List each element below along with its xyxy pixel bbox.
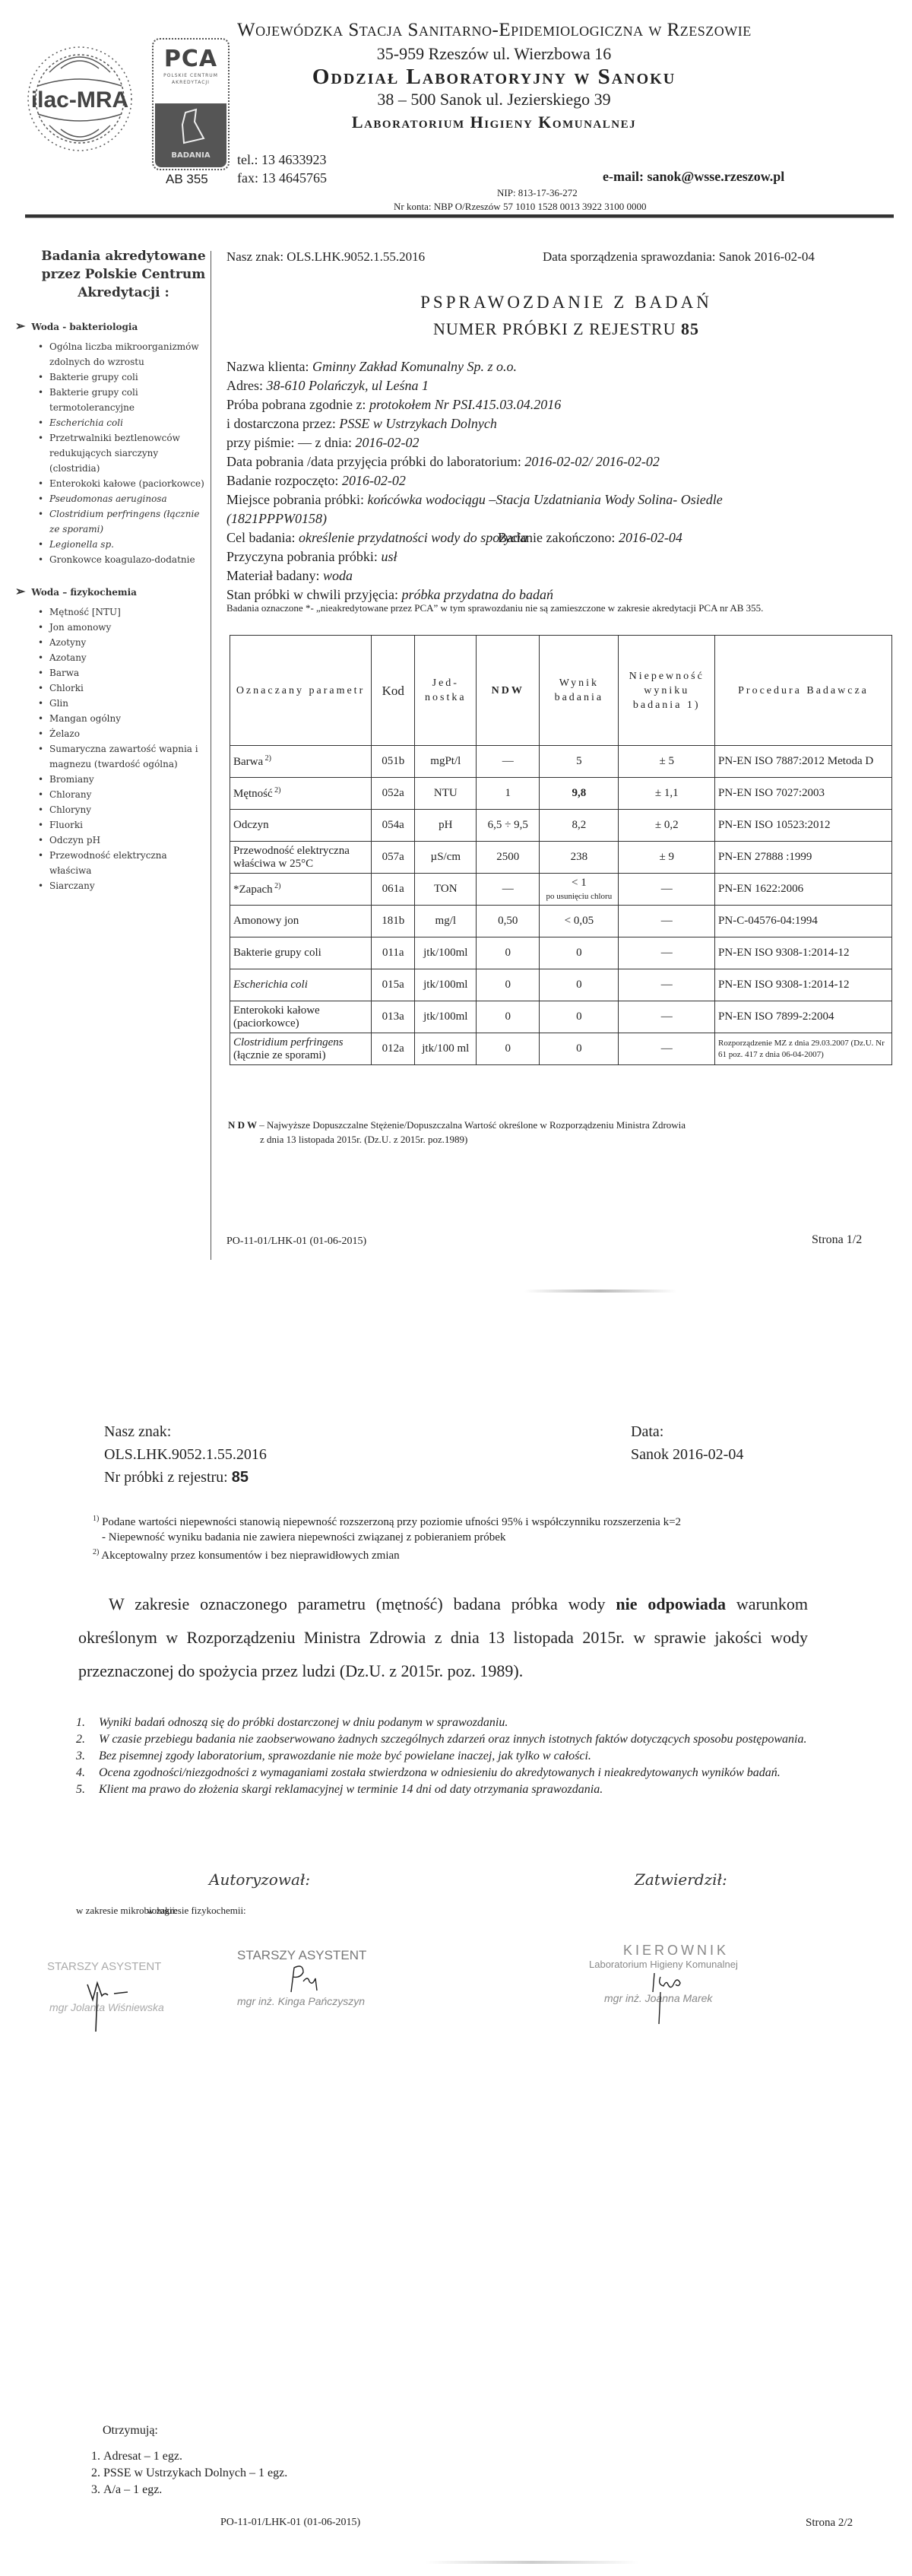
cell-result: < 0,05: [540, 906, 619, 937]
sidebar-list-item: Bakterie grupy coli: [38, 370, 209, 385]
sidebar-list-item: Jon amonowy: [38, 620, 209, 635]
detail-value: (1821PPPW0158): [226, 511, 327, 526]
sidebar-section-physchem: ➢Woda – fizykochemia: [15, 584, 209, 598]
org-address: 35-959 Rzeszów ul. Wierzbowa 16: [228, 44, 760, 64]
detail-label: Stan próbki w chwili przyjęcia:: [226, 587, 401, 602]
cell-unit: jtk/100ml: [415, 937, 477, 969]
sidebar-list-item: Bromiany: [38, 772, 209, 787]
cell-result: 8,2: [540, 810, 619, 842]
cell-parameter: Barwa 2): [230, 746, 372, 778]
arrow-icon: ➢: [15, 584, 25, 598]
page-separator: [524, 1290, 676, 1293]
cell-unit: jtk/100ml: [415, 969, 477, 1001]
detail-label: Miejsce pobrania próbki:: [226, 492, 367, 507]
report-title: PSPRAWOZDANIE Z BADAŃ: [220, 293, 912, 312]
cell-ndw: —: [477, 746, 540, 778]
conclusion: W zakresie oznaczonego parametru (mętnoś…: [78, 1588, 808, 1688]
cell-parameter: Mętność 2): [230, 778, 372, 810]
detail-row: Data pobrania /data przyjęcia próbki do …: [226, 452, 723, 471]
detail-value: Gminny Zakład Komunalny Sp. z o.o.: [312, 359, 517, 374]
sidebar-list-item: Chlorany: [38, 787, 209, 802]
branch-name: Oddział Laboratoryjny w Sanoku: [228, 65, 760, 90]
sidebar-list-item: Barwa: [38, 665, 209, 680]
table-row: Escherichia coli015ajtk/100ml00—PN-EN IS…: [230, 969, 892, 1001]
detail-row: Przyczyna pobrania próbki: usł: [226, 547, 723, 566]
cell-procedure: PN-EN 1622:2006: [715, 874, 892, 906]
cell-unit: TON: [415, 874, 477, 906]
finished-date: Badanie zakończono: 2016-02-04: [498, 528, 682, 547]
detail-label: Badanie rozpoczęto:: [226, 473, 342, 488]
detail-row: (1821PPPW0158): [226, 509, 723, 528]
cell-procedure: PN-EN ISO 7027:2003: [715, 778, 892, 810]
cell-procedure: PN-EN 27888 :1999: [715, 842, 892, 874]
nip: NIP: 813-17-36-272: [497, 187, 578, 199]
results-table: Oznaczany parametrKodJed-nostkaNDWWynik …: [230, 635, 892, 1065]
detail-value: określenie przydatności wody do spożycia: [299, 530, 527, 545]
cell-uncertainty: ± 0,2: [619, 810, 715, 842]
cell-uncertainty: ± 1,1: [619, 778, 715, 810]
report-subtitle: NUMER PRÓBKI Z REJESTRU 85: [220, 319, 912, 339]
cell-unit: mg/l: [415, 906, 477, 937]
page2-date: Data: Sanok 2016-02-04: [631, 1420, 743, 1466]
cell-uncertainty: —: [619, 969, 715, 1001]
sidebar-list-physchem: Mętność [NTU]Jon amonowyAzotynyAzotanyBa…: [15, 604, 209, 893]
cell-uncertainty: —: [619, 906, 715, 937]
detail-value: 38-610 Polańczyk, ul Leśna 1: [267, 378, 429, 393]
cell-parameter: Clostridium perfringens(łącznie ze spora…: [230, 1033, 372, 1065]
cell-ndw: 1: [477, 778, 540, 810]
sidebar-section-bacteriology: ➢Woda - bakteriologia: [15, 319, 209, 333]
cell-result: 5: [540, 746, 619, 778]
detail-label: Przyczyna pobrania próbki:: [226, 549, 381, 564]
table-row: Barwa 2)051bmgPt/l—5± 5PN-EN ISO 7887:20…: [230, 746, 892, 778]
cell-uncertainty: —: [619, 1001, 715, 1033]
detail-value: 2016-02-02/ 2016-02-02: [524, 454, 659, 469]
pca-logo-sub2: AKREDYTACJI: [154, 79, 228, 86]
cell-ndw: —: [477, 874, 540, 906]
cell-result: < 1po usunięciu chloru: [540, 874, 619, 906]
branch-address: 38 – 500 Sanok ul. Jezierskiego 39: [228, 90, 760, 109]
cell-uncertainty: ± 5: [619, 746, 715, 778]
detail-value: usł: [381, 549, 397, 564]
sidebar-list-item: Fluorki: [38, 817, 209, 833]
detail-label: Adres:: [226, 378, 267, 393]
table-row: Clostridium perfringens(łącznie ze spora…: [230, 1033, 892, 1065]
recipient-item: A/a – 1 egz.: [103, 2482, 287, 2498]
sidebar-list-item: Mangan ogólny: [38, 711, 209, 726]
arrow-icon: ➢: [15, 319, 25, 333]
table-row: Odczyn054apH6,5 ÷ 9,58,2± 0,2PN-EN ISO 1…: [230, 810, 892, 842]
detail-value: 2016-02-02: [342, 473, 406, 488]
cell-code: 015a: [372, 969, 415, 1001]
sidebar-list-item: Mętność [NTU]: [38, 604, 209, 620]
cell-unit: NTU: [415, 778, 477, 810]
detail-row: Materiał badany: woda: [226, 566, 723, 585]
sidebar-list-item: Przetrwalniki beztlenowców redukujących …: [38, 430, 209, 476]
note-item: 4.Ocena zgodności/niezgodności z wymagan…: [76, 1765, 866, 1781]
cell-procedure: PN-EN ISO 7899-2:2004: [715, 1001, 892, 1033]
detail-label: przy piśmie: — z dnia:: [226, 435, 355, 450]
table-row: Amonowy jon181bmg/l0,50< 0,05—PN-C-04576…: [230, 906, 892, 937]
cell-uncertainty: —: [619, 874, 715, 906]
cell-unit: jtk/100ml: [415, 1001, 477, 1033]
note-item: 2.W czasie przebiegu badania nie zaobser…: [76, 1731, 866, 1748]
detail-label: Cel badania:: [226, 530, 299, 545]
detail-label: Materiał badany:: [226, 568, 323, 583]
cell-parameter: Amonowy jon: [230, 906, 372, 937]
report-date: Data sporządzenia sprawozdania: Sanok 20…: [543, 247, 815, 266]
cell-ndw: 0: [477, 1033, 540, 1065]
detail-value: woda: [323, 568, 353, 583]
header-divider: [25, 214, 894, 218]
sidebar-title: Badania akredytowane przez Polskie Centr…: [38, 247, 209, 302]
detail-row: przy piśmie: — z dnia: 2016-02-02: [226, 433, 723, 452]
table-row: Przewodność elektryczna właściwa w 25°C0…: [230, 842, 892, 874]
table-row: Bakterie grupy coli011ajtk/100ml00—PN-EN…: [230, 937, 892, 969]
org-name: Wojewódzka Stacja Sanitarno-Epidemiologi…: [237, 20, 752, 41]
sidebar-list-item: Żelazo: [38, 726, 209, 741]
cell-unit: pH: [415, 810, 477, 842]
cell-code: 052a: [372, 778, 415, 810]
cell-uncertainty: ± 9: [619, 842, 715, 874]
sidebar-list-item: Ogólna liczba mikroorganizmów zdolnych d…: [38, 339, 209, 370]
cell-parameter: Odczyn: [230, 810, 372, 842]
cell-ndw: 0: [477, 969, 540, 1001]
fax: fax: 13 4645765: [237, 170, 327, 186]
physchem-label: w zakresie fizykochemii:: [147, 1905, 246, 1917]
sidebar-list-item: Siarczany: [38, 878, 209, 893]
note-item: 3.Bez pisemnej zgody laboratorium, spraw…: [76, 1748, 866, 1765]
cell-unit: µS/cm: [415, 842, 477, 874]
cell-procedure: PN-EN ISO 9308-1:2014-12: [715, 969, 892, 1001]
cell-result: 0: [540, 1001, 619, 1033]
cell-result: 238: [540, 842, 619, 874]
sidebar-list-bacteriology: Ogólna liczba mikroorganizmów zdolnych d…: [15, 339, 209, 567]
email-link[interactable]: e-mail: sanok@wsse.rzeszow.pl: [603, 169, 784, 185]
sidebar-list-item: Pseudomonas aeruginosa: [38, 491, 209, 506]
sidebar-list-item: Legionella sp.: [38, 537, 209, 552]
detail-value: PSSE w Ustrzykach Dolnych: [339, 416, 496, 431]
phone: tel.: 13 4633923: [237, 152, 327, 168]
cell-parameter: Bakterie grupy coli: [230, 937, 372, 969]
cell-procedure: PN-C-04576-04:1994: [715, 906, 892, 937]
page1-page-number: Strona 1/2: [812, 1233, 862, 1247]
recipient-item: PSSE w Ustrzykach Dolnych – 1 egz.: [103, 2465, 287, 2482]
table-row: Mętność 2)052aNTU19,8± 1,1PN-EN ISO 7027…: [230, 778, 892, 810]
cell-procedure: PN-EN ISO 9308-1:2014-12: [715, 937, 892, 969]
sidebar-list-item: Odczyn pH: [38, 833, 209, 848]
cell-code: 051b: [372, 746, 415, 778]
cell-ndw: 0,50: [477, 906, 540, 937]
detail-value: próbka przydatna do badań: [401, 587, 553, 602]
cell-result: 0: [540, 969, 619, 1001]
sidebar-divider: [211, 251, 211, 1260]
sidebar-list-item: Sumaryczna zawartość wapnia i magnezu (t…: [38, 741, 209, 772]
sidebar-list-item: Enterokoki kałowe (paciorkowce): [38, 476, 209, 491]
column-header: Oznaczany parametr: [230, 636, 372, 746]
table-row: *Zapach 2)061aTON—< 1po usunięciu chloru…: [230, 874, 892, 906]
page2-footer-code: PO-11-01/LHK-01 (01-06-2015): [220, 2517, 360, 2529]
accreditation-number: AB 355: [166, 172, 208, 187]
cell-code: 054a: [372, 810, 415, 842]
cell-procedure: PN-EN ISO 7887:2012 Metoda D: [715, 746, 892, 778]
stamp-micro-title: STARSZY ASYSTENT: [47, 1960, 161, 1973]
detail-label: i dostarczona przez:: [226, 416, 339, 431]
column-header: NDW: [477, 636, 540, 746]
sidebar-list-item: Clostridium perfringens (łącznie ze spor…: [38, 506, 209, 537]
signature-head: [650, 1969, 695, 2030]
ndw-legend: N D W – Najwyższe Dopuszczalne Stężenie/…: [228, 1118, 686, 1147]
footnotes: 1) Podane wartości niepewności stanowią …: [93, 1512, 681, 1563]
pca-logo-title: PCA: [154, 46, 228, 72]
svg-text:ilac-MRA: ilac-MRA: [31, 87, 128, 113]
approved-label: Zatwierdził:: [635, 1870, 727, 1889]
detail-value: końcówka wodociągu –Stacja Uzdatniania W…: [367, 492, 722, 507]
cell-code: 057a: [372, 842, 415, 874]
signature-micro: [84, 1977, 144, 2038]
pca-badge: BADANIA: [155, 151, 226, 160]
cell-result: 0: [540, 937, 619, 969]
cell-code: 011a: [372, 937, 415, 969]
detail-label: Data pobrania /data przyjęcia próbki do …: [226, 454, 524, 469]
page2-reference: Nasz znak: OLS.LHK.9052.1.55.2016 Nr pró…: [104, 1420, 267, 1489]
pca-logo: PCA POLSKIE CENTRUM AKREDYTACJI BADANIA: [152, 38, 230, 170]
cell-unit: jtk/100 ml: [415, 1033, 477, 1065]
sidebar-list-item: Chloryny: [38, 802, 209, 817]
detail-row: Miejsce pobrania próbki: końcówka wodoci…: [226, 490, 723, 509]
page1-footer-code: PO-11-01/LHK-01 (01-06-2015): [226, 1236, 366, 1248]
page2-page-number: Strona 2/2: [806, 2517, 853, 2530]
cell-parameter: *Zapach 2): [230, 874, 372, 906]
cell-result: 0: [540, 1033, 619, 1065]
sample-details: Nazwa klienta: Gminny Zakład Komunalny S…: [226, 357, 723, 604]
cell-ndw: 2500: [477, 842, 540, 874]
pca-logo-sub1: POLSKIE CENTRUM: [154, 72, 228, 79]
our-reference: Nasz znak: OLS.LHK.9052.1.55.2016: [226, 247, 425, 266]
column-header: Kod: [372, 636, 415, 746]
detail-row: Próba pobrana zgodnie z: protokołem Nr P…: [226, 395, 723, 414]
detail-label: Nazwa klienta:: [226, 359, 312, 374]
detail-row: Nazwa klienta: Gminny Zakład Komunalny S…: [226, 357, 723, 376]
stamp-head-subtitle: Laboratorium Higieny Komunalnej: [589, 1959, 738, 1970]
sample-number: 85: [681, 319, 699, 338]
sidebar-list-item: Chlorki: [38, 680, 209, 696]
flask-icon: BADANIA: [155, 103, 226, 167]
cell-ndw: 0: [477, 1001, 540, 1033]
column-header: Procedura Badawcza: [715, 636, 892, 746]
stamp-head-title: KIEROWNIK: [623, 1943, 729, 1959]
column-header: Jed-nostka: [415, 636, 477, 746]
cell-result: 9,8: [540, 778, 619, 810]
table-row: Enterokoki kałowe (paciorkowce)013ajtk/1…: [230, 1001, 892, 1033]
detail-row: i dostarczona przez: PSSE w Ustrzykach D…: [226, 414, 723, 433]
sidebar-list-item: Glin: [38, 696, 209, 711]
cell-uncertainty: —: [619, 1033, 715, 1065]
detail-row: Adres: 38-610 Polańczyk, ul Leśna 1: [226, 376, 723, 395]
recipients-label: Otrzymują:: [103, 2424, 158, 2438]
stamp-physchem-title: STARSZY ASYSTENT: [237, 1948, 366, 1963]
recipient-item: Adresat – 1 egz.: [103, 2448, 287, 2465]
cell-code: 012a: [372, 1033, 415, 1065]
sidebar-list-item: Azotyny: [38, 635, 209, 650]
cell-parameter: Escherichia coli: [230, 969, 372, 1001]
cell-code: 181b: [372, 906, 415, 937]
cell-ndw: 6,5 ÷ 9,5: [477, 810, 540, 842]
report-notes: 1.Wyniki badań odnoszą się do próbki dos…: [76, 1715, 866, 1798]
sidebar-list-item: Azotany: [38, 650, 209, 665]
detail-label: Próba pobrana zgodnie z:: [226, 397, 369, 412]
cell-parameter: Enterokoki kałowe (paciorkowce): [230, 1001, 372, 1033]
sidebar-list-item: Bakterie grupy coli termotolerancyjne: [38, 385, 209, 415]
cell-ndw: 0: [477, 937, 540, 969]
accreditation-sidebar: Badania akredytowane przez Polskie Centr…: [15, 247, 209, 893]
non-accredited-note: Badania oznaczone *- „nieakredytowane pr…: [226, 601, 895, 615]
cell-procedure: Rozporządzenie MZ z dnia 29.03.2007 (Dz.…: [715, 1033, 892, 1065]
sidebar-list-item: Escherichia coli: [38, 415, 209, 430]
lab-name: Laboratorium Higieny Komunalnej: [228, 113, 760, 132]
column-header: Wynik badania: [540, 636, 619, 746]
recipients-list: Adresat – 1 egz.PSSE w Ustrzykach Dolnyc…: [84, 2448, 287, 2498]
cell-code: 013a: [372, 1001, 415, 1033]
cell-uncertainty: —: [619, 937, 715, 969]
page-bottom-shadow: [426, 2561, 638, 2564]
signature-physchem: [285, 1962, 331, 2003]
ilac-mra-logo: ilac-MRA: [27, 42, 133, 156]
column-header: Niepewność wyniku badania 1): [619, 636, 715, 746]
detail-value: protokołem Nr PSI.415.03.04.2016: [369, 397, 561, 412]
note-item: 1.Wyniki badań odnoszą się do próbki dos…: [76, 1715, 866, 1731]
sidebar-list-item: Gronkowce koagulazo-dodatnie: [38, 552, 209, 567]
detail-value: 2016-02-02: [355, 435, 419, 450]
authorized-label: Autoryzował:: [209, 1870, 310, 1889]
cell-parameter: Przewodność elektryczna właściwa w 25°C: [230, 842, 372, 874]
note-item: 5.Klient ma prawo do złożenia skargi rek…: [76, 1781, 866, 1798]
cell-procedure: PN-EN ISO 10523:2012: [715, 810, 892, 842]
bank-account: Nr konta: NBP O/Rzeszów 57 1010 1528 001…: [394, 201, 646, 213]
cell-code: 061a: [372, 874, 415, 906]
cell-unit: mgPt/l: [415, 746, 477, 778]
sidebar-list-item: Przewodność elektryczna właściwa: [38, 848, 209, 878]
detail-row: Badanie rozpoczęto: 2016-02-02: [226, 471, 723, 490]
